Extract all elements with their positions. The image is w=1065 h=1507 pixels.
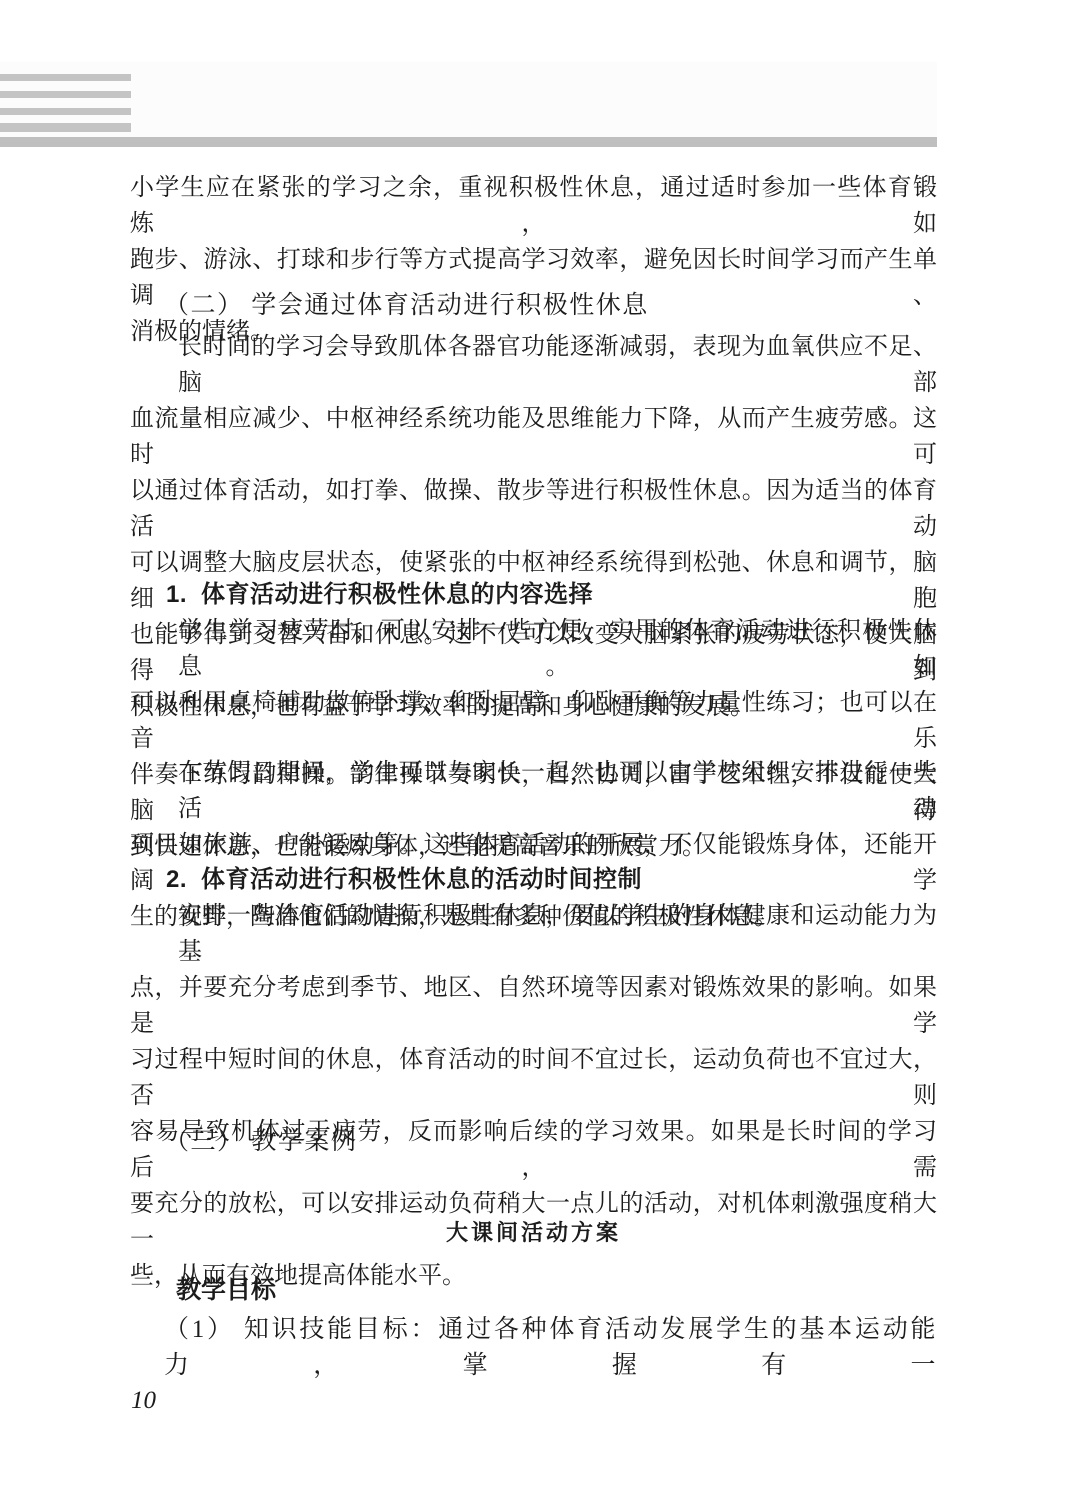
paragraph-line: 可以利用桌椅辅助做俯卧撑、仰卧屈臂、仰卧平衡等力量性练习；也可以在音乐 [130,685,937,757]
paragraph-line: 以通过体育活动，如打拳、做操、散步等进行积极性休息。因为适当的体育活动 [130,473,937,545]
section-heading-2: （二） 学会通过体育活动进行积极性休息 [130,288,971,324]
case-study-title: 大课间活动方案 [130,1215,937,1251]
page-number: 10 [131,1386,156,1416]
paragraph-line: 小学生应在紧张的学习之余，重视积极性休息，通过适时参加一些体育锻炼，如 [130,170,937,242]
subheading-1-title: 体育活动进行积极性休息的内容选择 [201,581,593,608]
header-bar-full-width [0,137,937,147]
goal-item-line: （1） 知识技能目标：通过各种体育活动发展学生的基本运动能力，掌握有一 [130,1312,937,1384]
paragraph-line: 在节假日期间，学生可以与家长一起，也可以由学校组织安排进行一些活动 [130,755,937,827]
subheading-2-number: 2. [166,866,187,893]
subheading-1: 1.体育活动进行积极性休息的内容选择 [130,577,973,613]
paragraph-line: 血流量相应减少、中枢神经系统功能及思维能力下降，从而产生疲劳感。这时可 [130,401,937,473]
paragraph-line: 安排一些体育活动进行积极性休息，要以学生的身体健康和运动能力为基 [130,898,937,970]
header-bar-small-4 [0,123,131,132]
header-bar-small-2 [0,91,131,98]
paragraph-line: 学生学习疲劳时，可以安排一些方便、实用的体育活动进行积极性休息。如 [130,613,937,685]
subheading-2-title: 体育活动进行积极性休息的活动时间控制 [201,866,642,893]
paragraph-line: 长时间的学习会导致肌体各器官功能逐渐减弱，表现为血氧供应不足、脑部 [130,329,937,401]
header-tint-band [0,62,937,137]
document-page: 小学生应在紧张的学习之余，重视积极性休息，通过适时参加一些体育锻炼，如 跑步、游… [0,0,1065,1507]
paragraph-line: 习过程中短时间的休息，体育活动的时间不宜过长，运动负荷也不宜过大，否则 [130,1042,937,1114]
header-bar-small-3 [0,108,131,115]
section-heading-3: （三） 教学案例 [130,1124,971,1160]
paragraph-line: 点，并要充分考虑到季节、地区、自然环境等因素对锻炼效果的影响。如果是学 [130,970,937,1042]
subheading-1-number: 1. [166,581,187,608]
subheading-2: 2.体育活动进行积极性休息的活动时间控制 [130,862,973,898]
teaching-goals-heading: 教学目标 [130,1272,983,1308]
header-bar-small-1 [0,74,131,81]
paragraph-line: （1） 知识技能目标：通过各种体育活动发展学生的基本运动能力，掌握有一 [130,1312,937,1384]
